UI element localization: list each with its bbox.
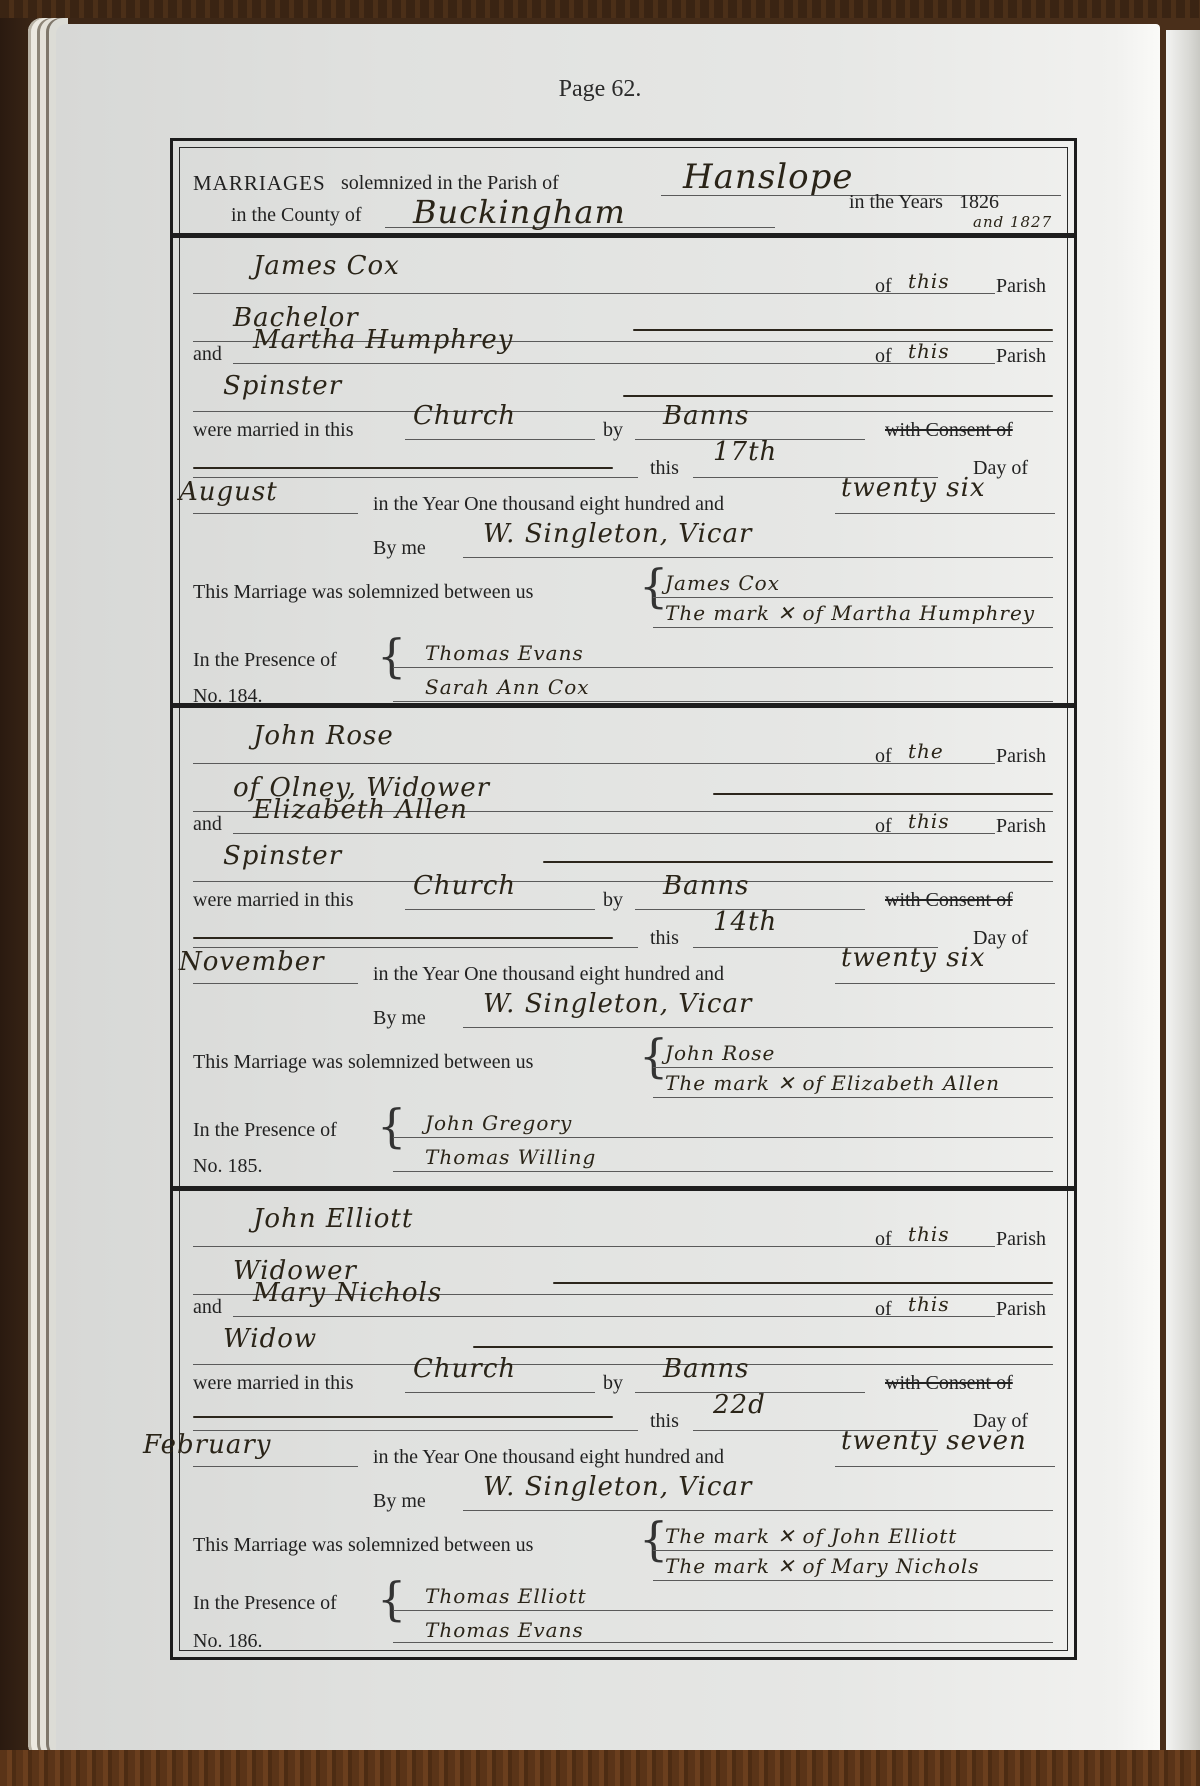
- bride-name: Martha Humphrey: [253, 325, 513, 355]
- marriage-month: November: [179, 947, 325, 977]
- groom-name: John Rose: [253, 721, 394, 751]
- witness-1: John Gregory: [425, 1111, 572, 1135]
- bride-parish: this: [908, 809, 950, 833]
- officiant: W. Singleton, Vicar: [483, 519, 752, 549]
- witness-2: Thomas Willing: [425, 1145, 596, 1169]
- marriage-place: Church: [413, 871, 516, 901]
- header-line1-text: solemnized in the Parish of: [341, 172, 559, 195]
- marriage-year: twenty seven: [841, 1426, 1027, 1456]
- header-title: MARRIAGES: [193, 171, 326, 196]
- signature-groom: The mark ✕ of John Elliott: [665, 1524, 957, 1548]
- marriage-day: 22d: [713, 1390, 766, 1420]
- marriage-by: Banns: [663, 1354, 749, 1384]
- bride-status: Widow: [223, 1324, 317, 1354]
- years-value: 1826: [959, 191, 999, 214]
- signature-groom: John Rose: [665, 1041, 775, 1065]
- groom-name: James Cox: [253, 251, 400, 281]
- marriage-place: Church: [413, 401, 516, 431]
- signature-groom: James Cox: [665, 571, 780, 595]
- groom-parish: this: [908, 1222, 950, 1246]
- years-label: in the Years: [849, 191, 943, 214]
- signature-bride: The mark ✕ of Mary Nichols: [665, 1554, 980, 1578]
- marriage-day: 14th: [713, 907, 777, 937]
- officiant: W. Singleton, Vicar: [483, 989, 752, 1019]
- marriage-by: Banns: [663, 871, 749, 901]
- witness-1: Thomas Elliott: [425, 1584, 587, 1608]
- entry-divider-1: [173, 703, 1074, 708]
- entry-number: No. 186.: [193, 1630, 262, 1653]
- county-name: Buckingham: [413, 193, 626, 231]
- table-surface-top: [0, 0, 1200, 18]
- groom-name: John Elliott: [253, 1204, 413, 1234]
- marriage-by: Banns: [663, 401, 749, 431]
- bride-parish: this: [908, 339, 950, 363]
- entry-186: John Elliott of this Parish Widower and …: [173, 1194, 1074, 1654]
- marriage-month: February: [143, 1430, 271, 1460]
- witness-2: Sarah Ann Cox: [425, 675, 590, 699]
- officiant: W. Singleton, Vicar: [483, 1472, 752, 1502]
- next-page-edge: [1166, 30, 1200, 1750]
- bride-name: Elizabeth Allen: [253, 795, 468, 825]
- entry-number: No. 185.: [193, 1155, 262, 1178]
- marriage-place: Church: [413, 1354, 516, 1384]
- parish-name: Hanslope: [683, 157, 854, 197]
- witness-2: Thomas Evans: [425, 1618, 584, 1642]
- bride-parish: this: [908, 1292, 950, 1316]
- marriage-year: twenty six: [841, 473, 986, 503]
- header-line2-text: in the County of: [231, 204, 362, 227]
- years-value-2: and 1827: [973, 213, 1052, 231]
- bride-status: Spinster: [223, 371, 342, 401]
- entry-185: John Rose of the Parish of Olney, Widowe…: [173, 711, 1074, 1181]
- page-number: Page 62.: [0, 76, 1200, 103]
- entry-divider-2: [173, 1186, 1074, 1191]
- header-divider: [173, 233, 1074, 238]
- table-surface-bottom: [0, 1750, 1200, 1786]
- groom-parish: this: [908, 269, 950, 293]
- bride-name: Mary Nichols: [253, 1278, 442, 1308]
- marriage-month: August: [179, 477, 278, 507]
- witness-1: Thomas Evans: [425, 641, 584, 665]
- marriage-day: 17th: [713, 437, 777, 467]
- signature-bride: The mark ✕ of Martha Humphrey: [665, 601, 1035, 625]
- entry-184: James Cox of this Parish Bachelor and Ma…: [173, 241, 1074, 711]
- signature-bride: The mark ✕ of Elizabeth Allen: [665, 1071, 1000, 1095]
- groom-parish: the: [908, 739, 944, 763]
- marriage-year: twenty six: [841, 943, 986, 973]
- marriage-register-form: MARRIAGES solemnized in the Parish of Ha…: [170, 138, 1077, 1660]
- bride-status: Spinster: [223, 841, 342, 871]
